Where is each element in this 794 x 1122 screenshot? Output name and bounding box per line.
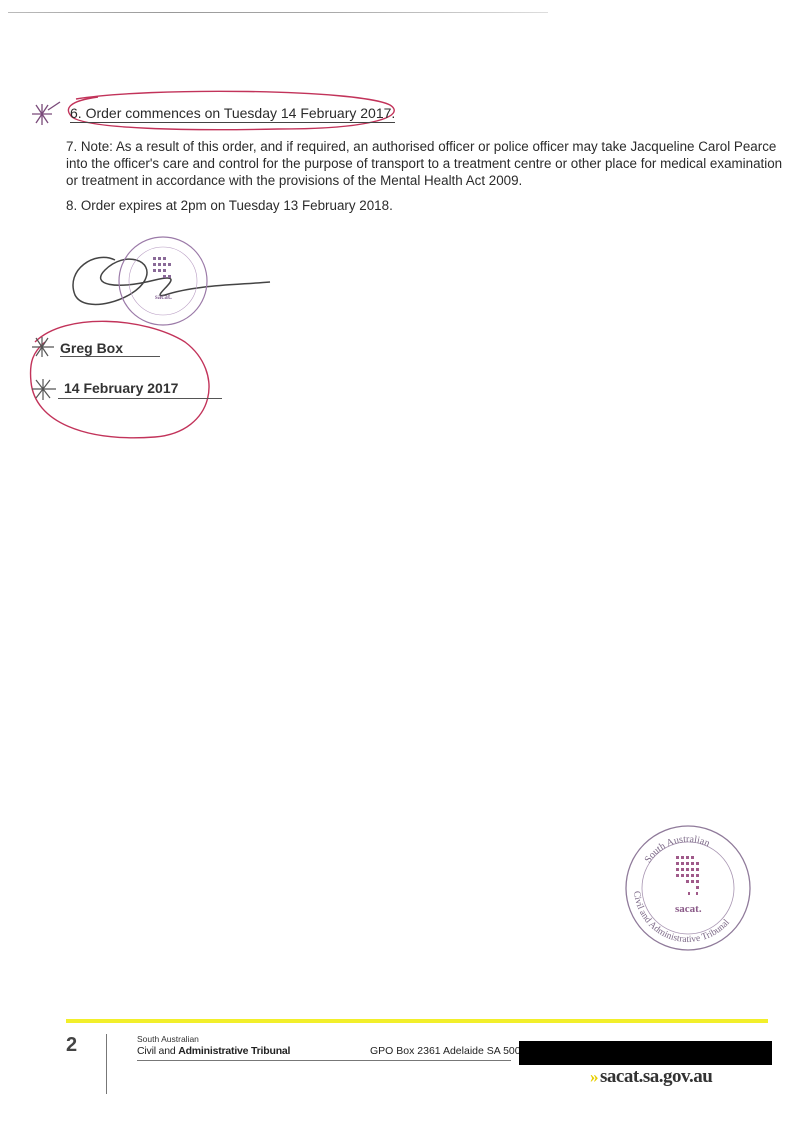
redaction-block	[519, 1041, 772, 1065]
item8-prefix: 8. Order expires at	[66, 198, 181, 213]
asterisk-icon	[30, 376, 60, 402]
footer-rule	[137, 1060, 511, 1061]
website-link[interactable]: »sacat.sa.gov.au	[590, 1066, 712, 1088]
footer-address: GPO Box 2361 Adelaide SA 5001	[370, 1045, 526, 1057]
signatory-name-rule	[60, 356, 160, 357]
order-item-7: 7. Note: As a result of this order, and …	[66, 138, 786, 189]
chevron-right-icon: »	[590, 1067, 598, 1086]
signature-date: 14 February 2017	[64, 380, 178, 396]
item6-number: 6	[70, 105, 78, 121]
signature-date-rule	[58, 398, 222, 399]
svg-text:sacat.: sacat.	[155, 293, 172, 301]
item8-expiry: 2pm on Tuesday 13 February 2018	[181, 198, 389, 213]
footer-org-line1: South Australian	[137, 1034, 199, 1044]
footer-accent-bar	[66, 1019, 768, 1023]
page-number: 2	[66, 1034, 77, 1057]
tribunal-stamp-large: South Australian Civil and Administrativ…	[620, 820, 760, 960]
order-item-8: 8. Order expires at 2pm on Tuesday 13 Fe…	[66, 197, 393, 214]
signatory-name: Greg Box	[60, 340, 123, 356]
footer-divider	[106, 1034, 107, 1094]
asterisk-icon	[30, 335, 56, 359]
stamp-center-text: sacat.	[675, 903, 702, 915]
scan-top-rule	[8, 12, 548, 13]
org-name-plain: Civil and	[137, 1045, 178, 1057]
svg-text:South Australian: South Australian	[643, 834, 712, 865]
item7-prefix: 7. Note: As a result of this order, and …	[66, 139, 372, 154]
svg-text:Civil and Administrative Tribu: Civil and Administrative Tribunal	[631, 890, 732, 945]
item6-text: . Order commences on Tuesday 14 February…	[78, 105, 396, 121]
item8-suffix: .	[389, 198, 393, 213]
stamp-bottom-text: Civil and Administrative Tribunal	[631, 890, 732, 945]
website-text: sacat.sa.gov.au	[600, 1066, 712, 1087]
org-name-bold: Administrative Tribunal	[178, 1045, 290, 1057]
asterisk-icon	[28, 100, 62, 128]
footer-org-line2: Civil and Administrative Tribunal	[137, 1045, 290, 1057]
stamp-top-text: South Australian	[643, 834, 712, 865]
order-item-6: 6. Order commences on Tuesday 14 Februar…	[70, 105, 395, 122]
